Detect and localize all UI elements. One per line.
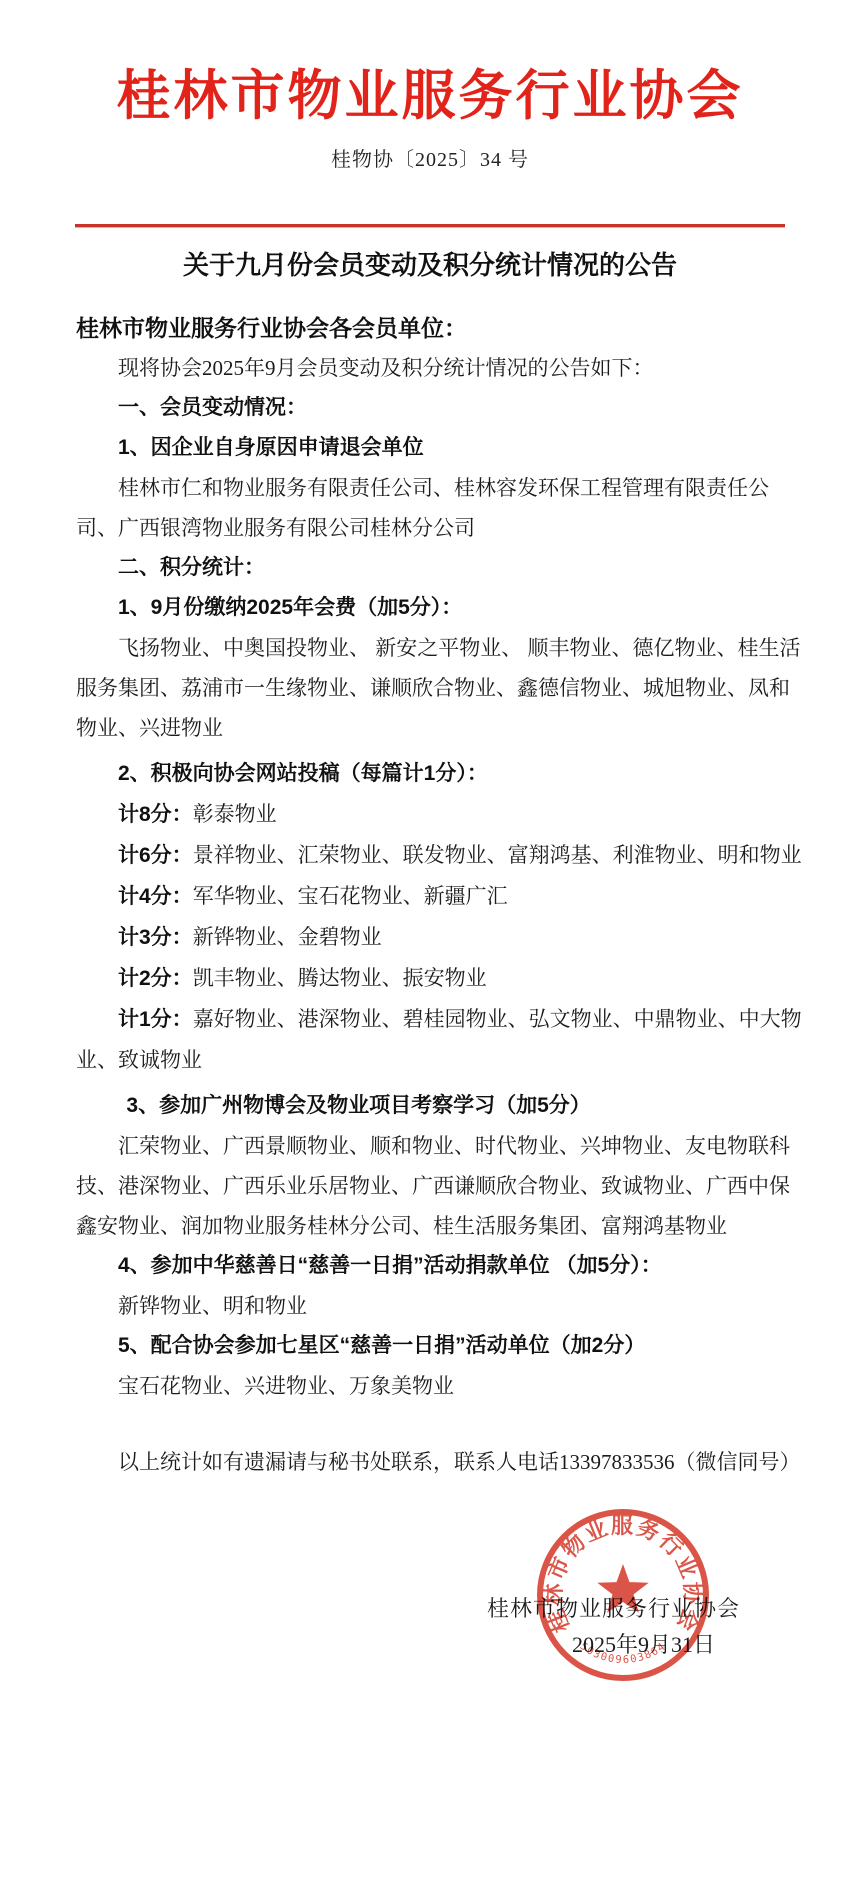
seal-serial-number: 503009603864: [578, 1640, 669, 1666]
paragraph-text: 桂林市仁和物业服务有限责任公司、桂林容发环保工程管理有限责任公司、广西银湾物业服…: [76, 476, 769, 540]
paragraph-text: 1、因企业自身原因申请退会单位: [118, 436, 424, 459]
score-label: 计1分：: [118, 1008, 193, 1031]
paragraph-text: 景祥物业、汇荣物业、联发物业、富翔鸿基、利淮物业、明和物业: [193, 843, 802, 867]
paragraph-text: 二、积分统计：: [118, 556, 265, 579]
org-title: 桂林市物业服务行业协会: [0, 62, 860, 130]
paragraph: 桂林市仁和物业服务有限责任公司、桂林容发环保工程管理有限责任公司、广西银湾物业服…: [76, 468, 804, 548]
star-icon: [597, 1564, 648, 1613]
paragraph: 计2分：凯丰物业、腾达物业、振安物业: [76, 958, 804, 999]
contact-note: 以上统计如有遗漏请与秘书处联系，联系人电话13397833536（微信同号）: [0, 1442, 860, 1482]
paragraph: 1、因企业自身原因申请退会单位: [76, 428, 804, 468]
paragraph: 二、积分统计：: [76, 548, 804, 588]
red-divider-line: [75, 224, 785, 228]
paragraph-text: 新铧物业、明和物业: [118, 1294, 307, 1318]
paragraph-text: 军华物业、宝石花物业、新疆广汇: [193, 884, 508, 908]
paragraph-text: 3、参加广州物博会及物业项目考察学习（加5分）: [126, 1094, 590, 1117]
official-document-page: 桂林市物业服务行业协会 桂物协〔2025〕34 号 关于九月份会员变动及积分统计…: [0, 0, 860, 1897]
paragraph: 5、配合协会参加七星区“慈善一日捐”活动单位（加2分）: [76, 1326, 804, 1366]
paragraph: 3、参加广州物博会及物业项目考察学习（加5分）: [76, 1086, 804, 1126]
score-label: 计3分：: [118, 926, 193, 949]
paragraph-text: 宝石花物业、兴进物业、万象美物业: [118, 1374, 454, 1398]
paragraph-text: 4、参加中华慈善日“慈善一日捐”活动捐款单位 （加5分）：: [118, 1254, 662, 1277]
paragraph-text: 5、配合协会参加七星区“慈善一日捐”活动单位（加2分）: [118, 1334, 645, 1357]
paragraph-text: 新铧物业、金碧物业: [193, 925, 382, 949]
paragraphs: 桂林市物业服务行业协会各会员单位：现将协会2025年9月会员变动及积分统计情况的…: [0, 308, 860, 1406]
official-seal: 桂林市物业服务行业协会 503009603864: [533, 1505, 713, 1685]
paragraph: 飞扬物业、中奥国投物业、 新安之平物业、 顺丰物业、德亿物业、桂生活服务集团、荔…: [76, 628, 804, 748]
paragraph: 一、会员变动情况：: [76, 388, 804, 428]
paragraph: 现将协会2025年9月会员变动及积分统计情况的公告如下：: [76, 348, 804, 388]
paragraph-text: 桂林市物业服务行业协会各会员单位：: [76, 315, 467, 341]
document-footer: 以上统计如有遗漏请与秘书处联系，联系人电话13397833536（微信同号） 桂…: [0, 1442, 860, 1876]
doc-number: 桂物协〔2025〕34 号: [0, 146, 860, 174]
paragraph: 新铧物业、明和物业: [76, 1286, 804, 1326]
paragraph: 计8分：彰泰物业: [76, 794, 804, 835]
score-label: 计6分：: [118, 844, 193, 867]
paragraph: 计6分：景祥物业、汇荣物业、联发物业、富翔鸿基、利淮物业、明和物业: [76, 835, 804, 876]
paragraph: 计1分：嘉好物业、港深物业、碧桂园物业、弘文物业、中鼎物业、中大物业、致诚物业: [76, 999, 804, 1080]
paragraph: 计4分：军华物业、宝石花物业、新疆广汇: [76, 876, 804, 917]
paragraph-text: 1、9月份缴纳2025年会费（加5分）：: [118, 596, 462, 619]
paragraph-text: 凯丰物业、腾达物业、振安物业: [193, 966, 487, 990]
paragraph: 4、参加中华慈善日“慈善一日捐”活动捐款单位 （加5分）：: [76, 1246, 804, 1286]
paragraph: 桂林市物业服务行业协会各会员单位：: [76, 308, 804, 348]
score-label: 计8分：: [118, 803, 193, 826]
paragraph-text: 汇荣物业、广西景顺物业、顺和物业、时代物业、兴坤物业、友电物联科技、港深物业、广…: [76, 1134, 790, 1238]
paragraph-text: 飞扬物业、中奥国投物业、 新安之平物业、 顺丰物业、德亿物业、桂生活服务集团、荔…: [76, 636, 801, 740]
paragraph: 汇荣物业、广西景顺物业、顺和物业、时代物业、兴坤物业、友电物联科技、港深物业、广…: [76, 1126, 804, 1246]
paragraph-text: 一、会员变动情况：: [118, 396, 307, 419]
paragraph-text: 现将协会2025年9月会员变动及积分统计情况的公告如下：: [118, 356, 654, 380]
paragraph: 2、积极向协会网站投稿（每篇计1分）：: [76, 754, 804, 794]
score-label: 计2分：: [118, 967, 193, 990]
paragraph: 计3分：新铧物业、金碧物业: [76, 917, 804, 958]
score-label: 计4分：: [118, 885, 193, 908]
paragraph-text: 2、积极向协会网站投稿（每篇计1分）：: [118, 762, 488, 785]
paragraph: 1、9月份缴纳2025年会费（加5分）：: [76, 588, 804, 628]
paragraph-text: 彰泰物业: [193, 802, 277, 826]
paragraph: 宝石花物业、兴进物业、万象美物业: [76, 1366, 804, 1406]
doc-title: 关于九月份会员变动及积分统计情况的公告: [0, 248, 860, 282]
